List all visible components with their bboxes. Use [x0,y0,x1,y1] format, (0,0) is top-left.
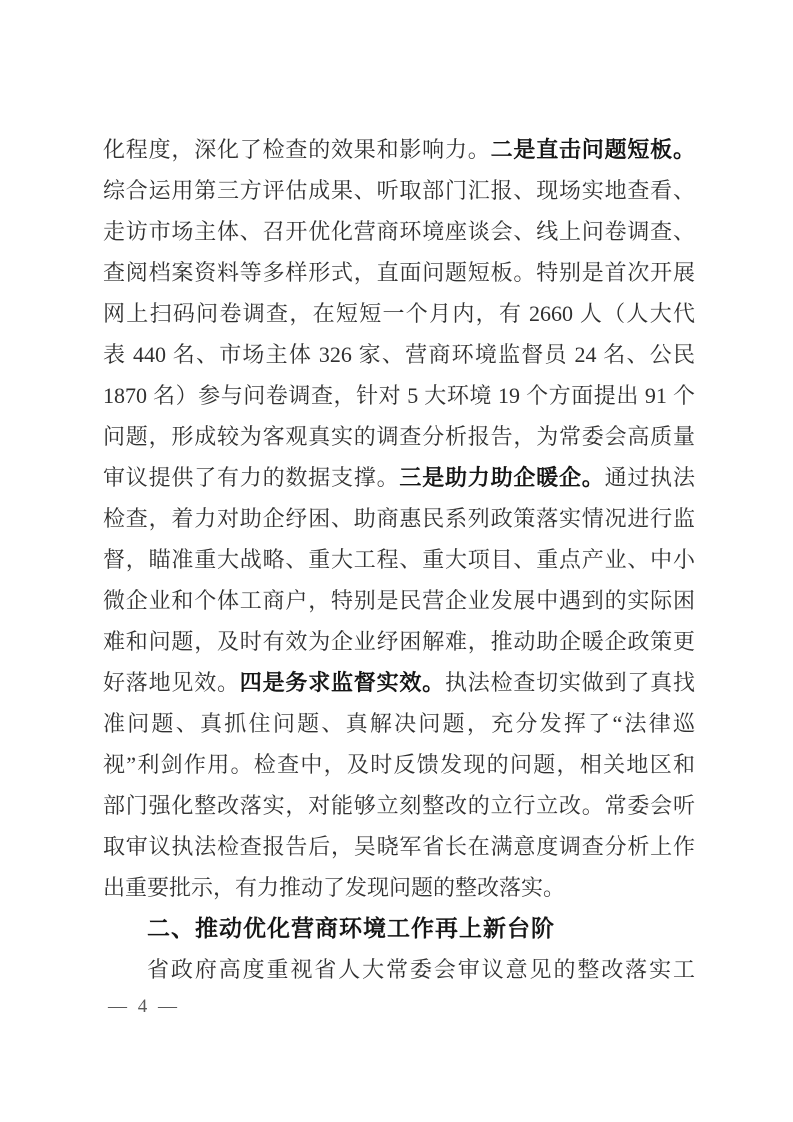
text-line: 部门强化整改落实，对能够立刻整改的立行立改。常委会听 [103,785,695,826]
text-run: 取审议执法检查报告后，吴晓军省长在满意度调查分析上作 [103,834,695,859]
page-number: — 4 — [108,996,180,1018]
text-line: 查阅档案资料等多样形式，直面问题短板。特别是首次开展 [103,252,695,293]
text-run: 1870 名）参与问卷调查，针对 5 大环境 19 个方面提出 91 个 [103,383,695,408]
bold-run: 二、推动优化营商环境工作再上新台阶 [147,915,555,941]
text-run: 出重要批示，有力推动了发现问题的整改落实。 [103,875,565,900]
text-line: 走访市场主体、召开优化营商环境座谈会、线上问卷调查、 [103,211,695,252]
text-line: 检查，着力对助企纾困、助商惠民系列政策落实情况进行监 [103,498,695,539]
text-run: 化程度，深化了检查的效果和影响力。 [103,137,491,162]
text-run: 准问题、真抓住问题、真解决问题，充分发挥了“法律巡 [103,711,695,736]
text-run: 走访市场主体、召开优化营商环境座谈会、线上问卷调查、 [103,219,695,244]
text-line: 督，瞄准重大战略、重大工程、重大项目、重点产业、中小 [103,539,695,580]
section-heading: 二、推动优化营商环境工作再上新台阶 [103,908,695,949]
text-run: 省政府高度重视省人大常委会审议意见的整改落实工 [147,957,695,982]
text-run: 网上扫码问卷调查，在短短一个月内，有 2660 人（人大代 [103,301,695,326]
text-run: 综合运用第三方评估成果、听取部门汇报、现场实地查看、 [103,178,695,203]
document-body: 化程度，深化了检查的效果和影响力。二是直击问题短板。综合运用第三方评估成果、听取… [103,129,695,990]
text-line: 审议提供了有力的数据支撑。三是助力助企暖企。通过执法 [103,457,695,498]
text-run: 审议提供了有力的数据支撑。 [103,465,399,490]
text-line: 出重要批示，有力推动了发现问题的整改落实。 [103,867,695,908]
text-line: 化程度，深化了检查的效果和影响力。二是直击问题短板。 [103,129,695,170]
text-line: 视”利剑作用。检查中，及时反馈发现的问题，相关地区和 [103,744,695,785]
bold-run: 二是直击问题短板。 [491,137,695,162]
text-line: 取审议执法检查报告后，吴晓军省长在满意度调查分析上作 [103,826,695,867]
text-run: 部门强化整改落实，对能够立刻整改的立行立改。常委会听 [103,793,695,818]
text-line: 综合运用第三方评估成果、听取部门汇报、现场实地查看、 [103,170,695,211]
text-run: 难和问题，及时有效为企业纾困解难，推动助企暖企政策更 [103,629,695,654]
bold-run: 三是助力助企暖企。 [399,465,604,490]
text-run: 通过执法 [605,465,695,490]
text-line: 微企业和个体工商户，特别是民营企业发展中遇到的实际困 [103,580,695,621]
text-run: 检查，着力对助企纾困、助商惠民系列政策落实情况进行监 [103,506,695,531]
text-run: 问题，形成较为客观真实的调查分析报告，为常委会高质量 [103,424,695,449]
text-run: 查阅档案资料等多样形式，直面问题短板。特别是首次开展 [103,260,695,285]
text-line: 网上扫码问卷调查，在短短一个月内，有 2660 人（人大代 [103,293,695,334]
text-run: 微企业和个体工商户，特别是民营企业发展中遇到的实际困 [103,588,695,613]
document-page: 化程度，深化了检查的效果和影响力。二是直击问题短板。综合运用第三方评估成果、听取… [0,0,793,1122]
text-run: 督，瞄准重大战略、重大工程、重大项目、重点产业、中小 [103,547,695,572]
text-line: 1870 名）参与问卷调查，针对 5 大环境 19 个方面提出 91 个 [103,375,695,416]
text-line: 省政府高度重视省人大常委会审议意见的整改落实工 [103,949,695,990]
text-run: 执法检查切实做到了真找 [445,670,695,695]
text-line: 准问题、真抓住问题、真解决问题，充分发挥了“法律巡 [103,703,695,744]
text-run: 好落地见效。 [103,670,240,695]
text-line: 难和问题，及时有效为企业纾困解难，推动助企暖企政策更 [103,621,695,662]
bold-run: 四是务求监督实效。 [240,670,445,695]
text-line: 问题，形成较为客观真实的调查分析报告，为常委会高质量 [103,416,695,457]
text-run: 表 440 名、市场主体 326 家、营商环境监督员 24 名、公民 [103,342,695,367]
text-line: 好落地见效。四是务求监督实效。执法检查切实做到了真找 [103,662,695,703]
text-line: 表 440 名、市场主体 326 家、营商环境监督员 24 名、公民 [103,334,695,375]
text-run: 视”利剑作用。检查中，及时反馈发现的问题，相关地区和 [103,752,695,777]
